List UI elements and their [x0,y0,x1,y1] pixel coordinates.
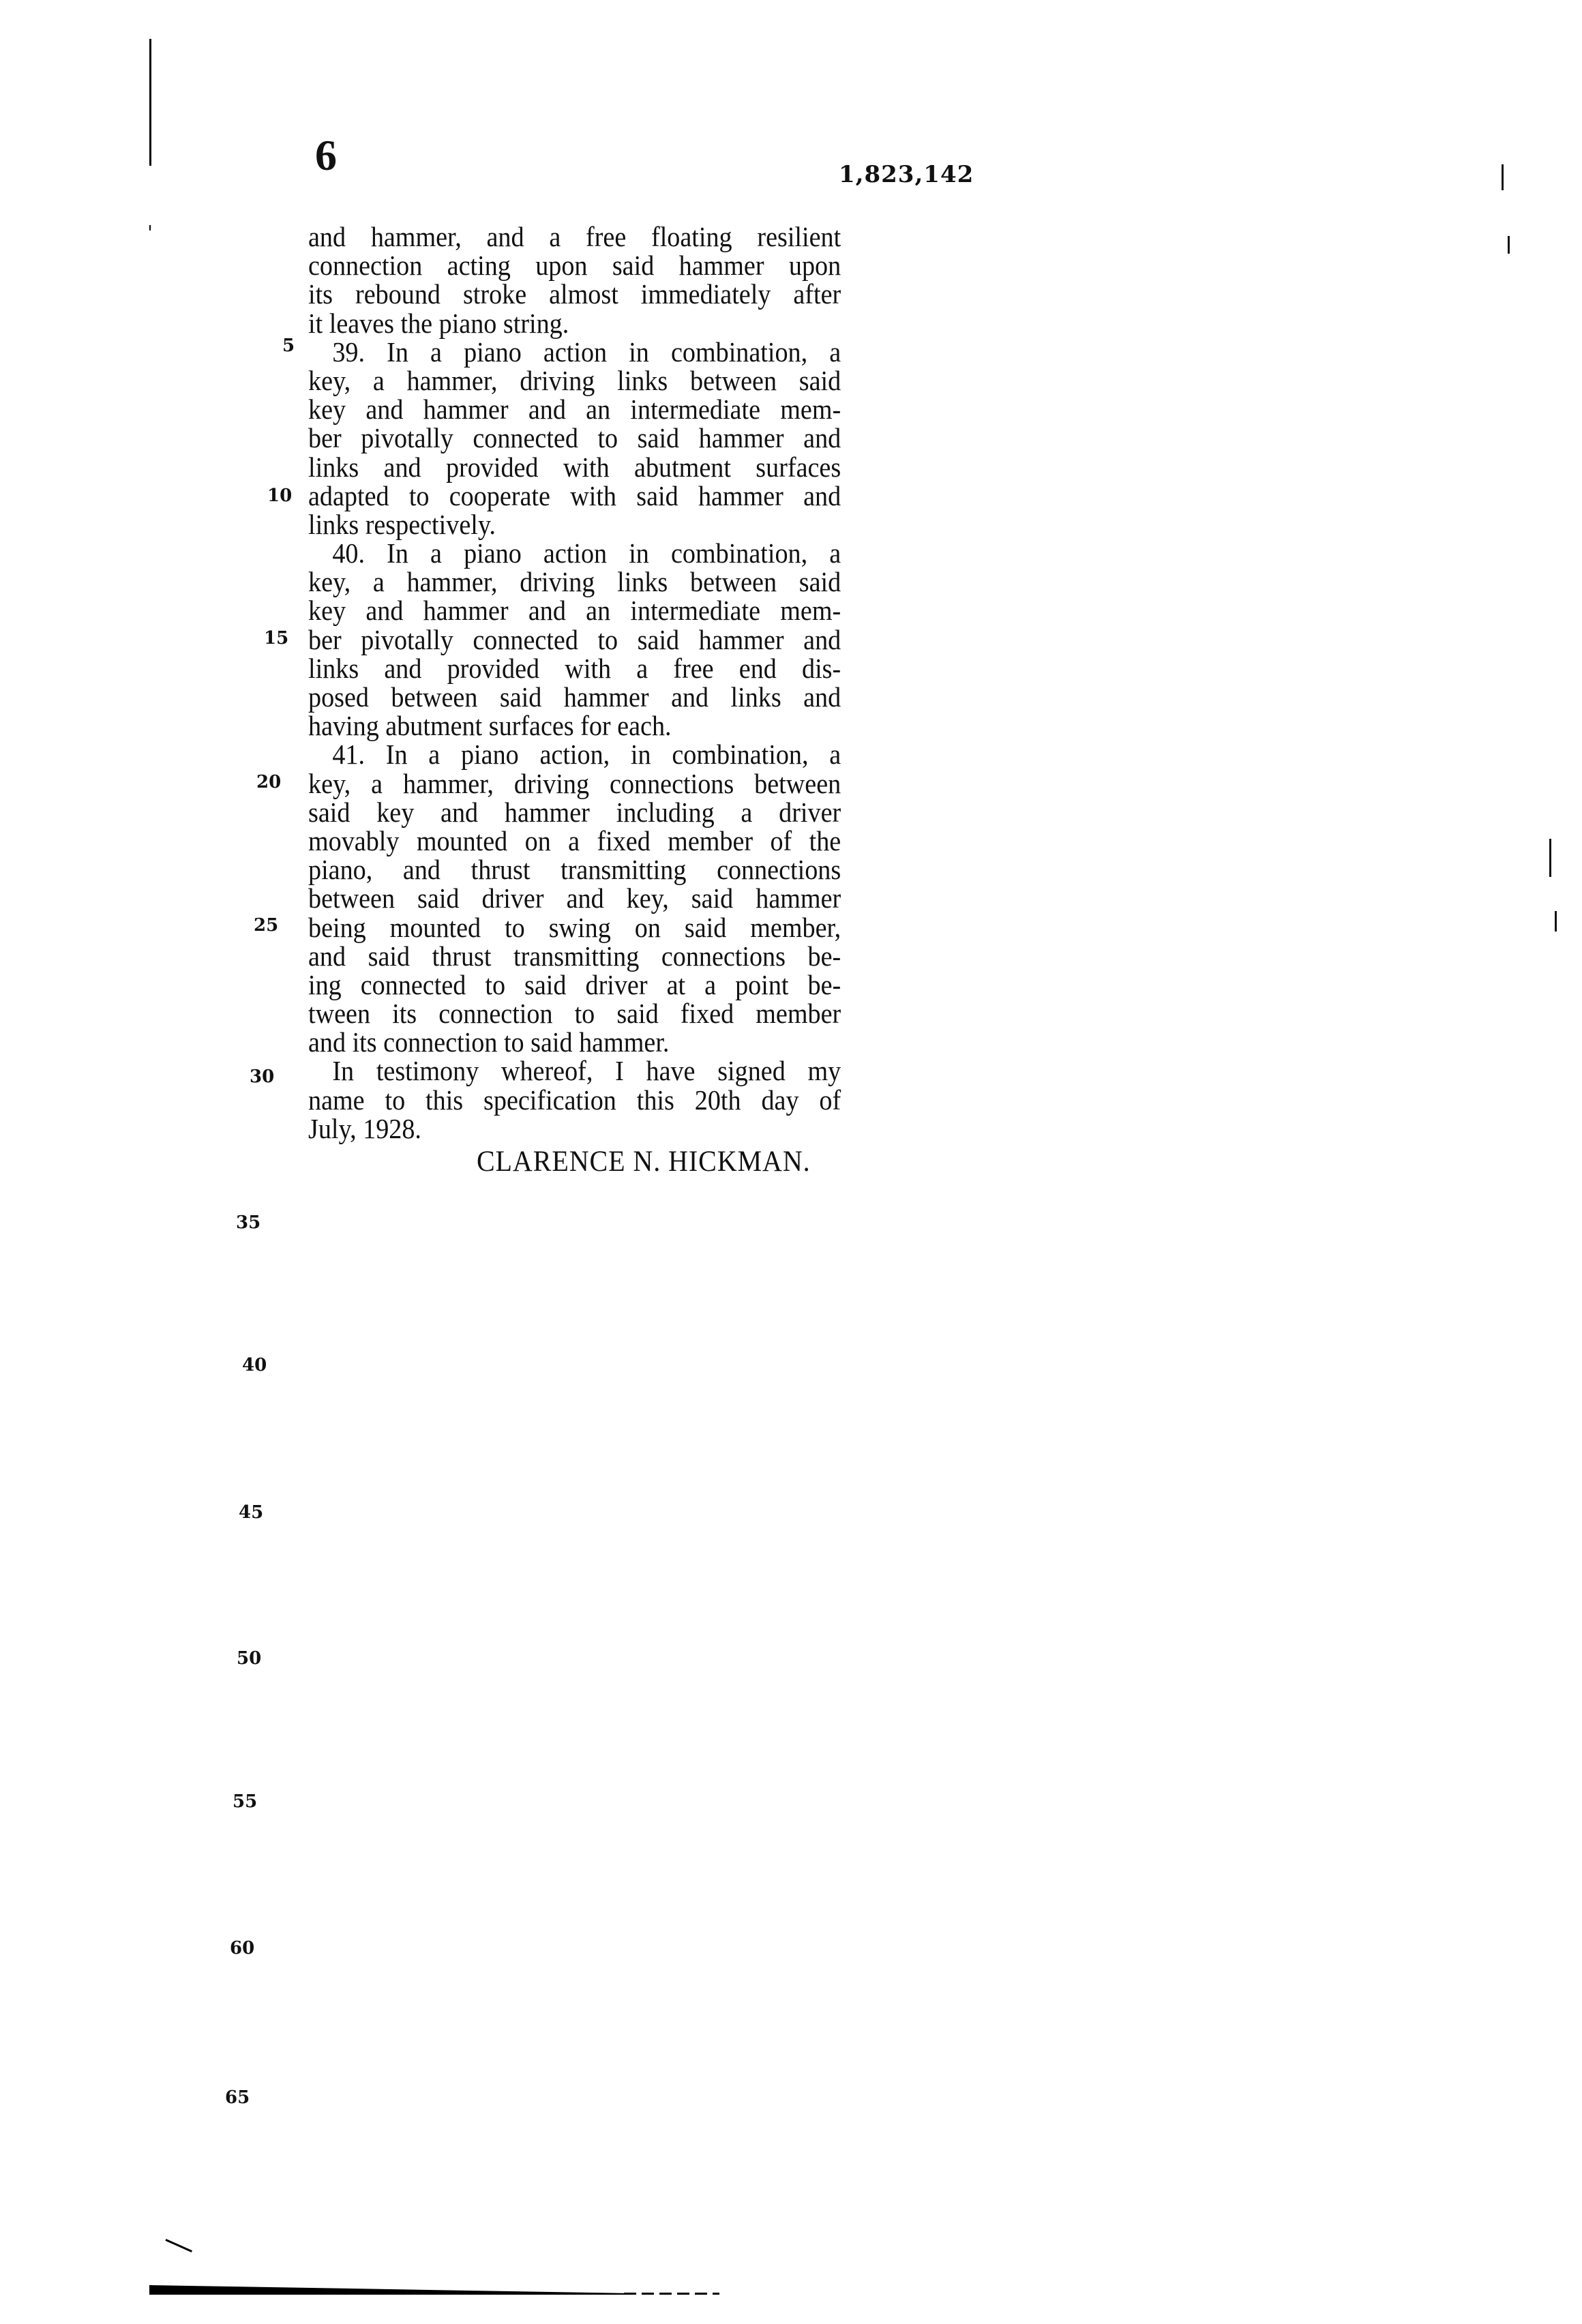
text-line: key, a hammer, driving connections betwe… [308,769,841,798]
text-line: key, a hammer, driving links between sai… [308,366,841,395]
text-line: name to this specification this 20th day… [308,1086,841,1114]
text-line: links and provided with abutment surface… [308,453,841,481]
margin-line-number: 50 [237,1649,261,1668]
margin-line-number: 65 [225,2088,250,2107]
margin-line-number: 45 [239,1503,263,1522]
text-line: connection acting upon said hammer upon [308,251,841,280]
text-line: and said thrust transmitting connections… [308,942,841,970]
text-line: between said driver and key, said hammer [308,884,841,912]
text-line: having abutment surfaces for each. [308,711,841,740]
patent-page: 6 1,823,142 and hammer, and a free float… [0,0,1582,2324]
text-line: 40. In a piano action in combination, a [308,539,841,567]
text-line: tween its connection to said fixed membe… [308,999,841,1028]
text-line: 39. In a piano action in combination, a [308,338,841,366]
text-line: ing connected to said driver at a point … [308,970,841,999]
text-line: its rebound stroke almost immediately af… [308,280,841,308]
margin-line-number: 25 [254,916,278,935]
text-line: posed between said hammer and links and [308,683,841,711]
left-edge-scan-tick [149,225,151,230]
text-line: it leaves the piano string. [308,309,841,338]
text-line: 41. In a piano action, in combination, a [308,740,841,769]
right-edge-scan-mark [1549,839,1551,877]
text-line: being mounted to swing on said member, [308,913,841,942]
text-line: key and hammer and an intermediate mem- [308,596,841,625]
left-edge-scan-line [149,39,151,166]
claims-text-column: and hammer, and a free floating resilien… [308,222,841,1181]
margin-line-number: 60 [230,1939,254,1958]
text-line: movably mounted on a fixed member of the [308,826,841,855]
right-edge-scan-mark [1502,164,1504,190]
text-line: and its connection to said hammer. [308,1028,841,1056]
right-edge-scan-mark [1555,911,1557,932]
text-line: said key and hammer including a driver [308,798,841,826]
margin-line-number: 40 [242,1356,267,1375]
signature: CLARENCE N. HICKMAN. [308,1143,841,1181]
margin-line-number: 10 [267,486,292,505]
bottom-edge-scan-bar [149,2285,627,2295]
text-line: July, 1928. [308,1114,841,1143]
margin-line-number: 15 [264,629,288,648]
text-line: adapted to cooperate with said hammer an… [308,481,841,510]
margin-line-number: 35 [236,1213,260,1232]
text-line: ber pivotally connected to said hammer a… [308,625,841,654]
text-line: links respectively. [308,510,841,539]
bottom-edge-scan-line [624,2293,719,2295]
page-number: 6 [315,134,337,177]
margin-line-number: 55 [233,1792,257,1811]
text-line: ber pivotally connected to said hammer a… [308,423,841,452]
text-line: key and hammer and an intermediate mem- [308,395,841,423]
text-line: In testimony whereof, I have signed my [308,1056,841,1085]
margin-line-number: 30 [250,1067,274,1086]
text-line: and hammer, and a free floating resilien… [308,222,841,251]
patent-number: 1,823,142 [839,161,974,188]
margin-line-number: 20 [256,773,281,792]
scan-artifact-dash [165,2239,192,2252]
margin-line-number: 5 [282,336,295,355]
right-edge-scan-mark [1508,236,1510,254]
text-line: piano, and thrust transmitting connectio… [308,855,841,884]
text-line: links and provided with a free end dis- [308,654,841,683]
text-line: key, a hammer, driving links between sai… [308,567,841,596]
